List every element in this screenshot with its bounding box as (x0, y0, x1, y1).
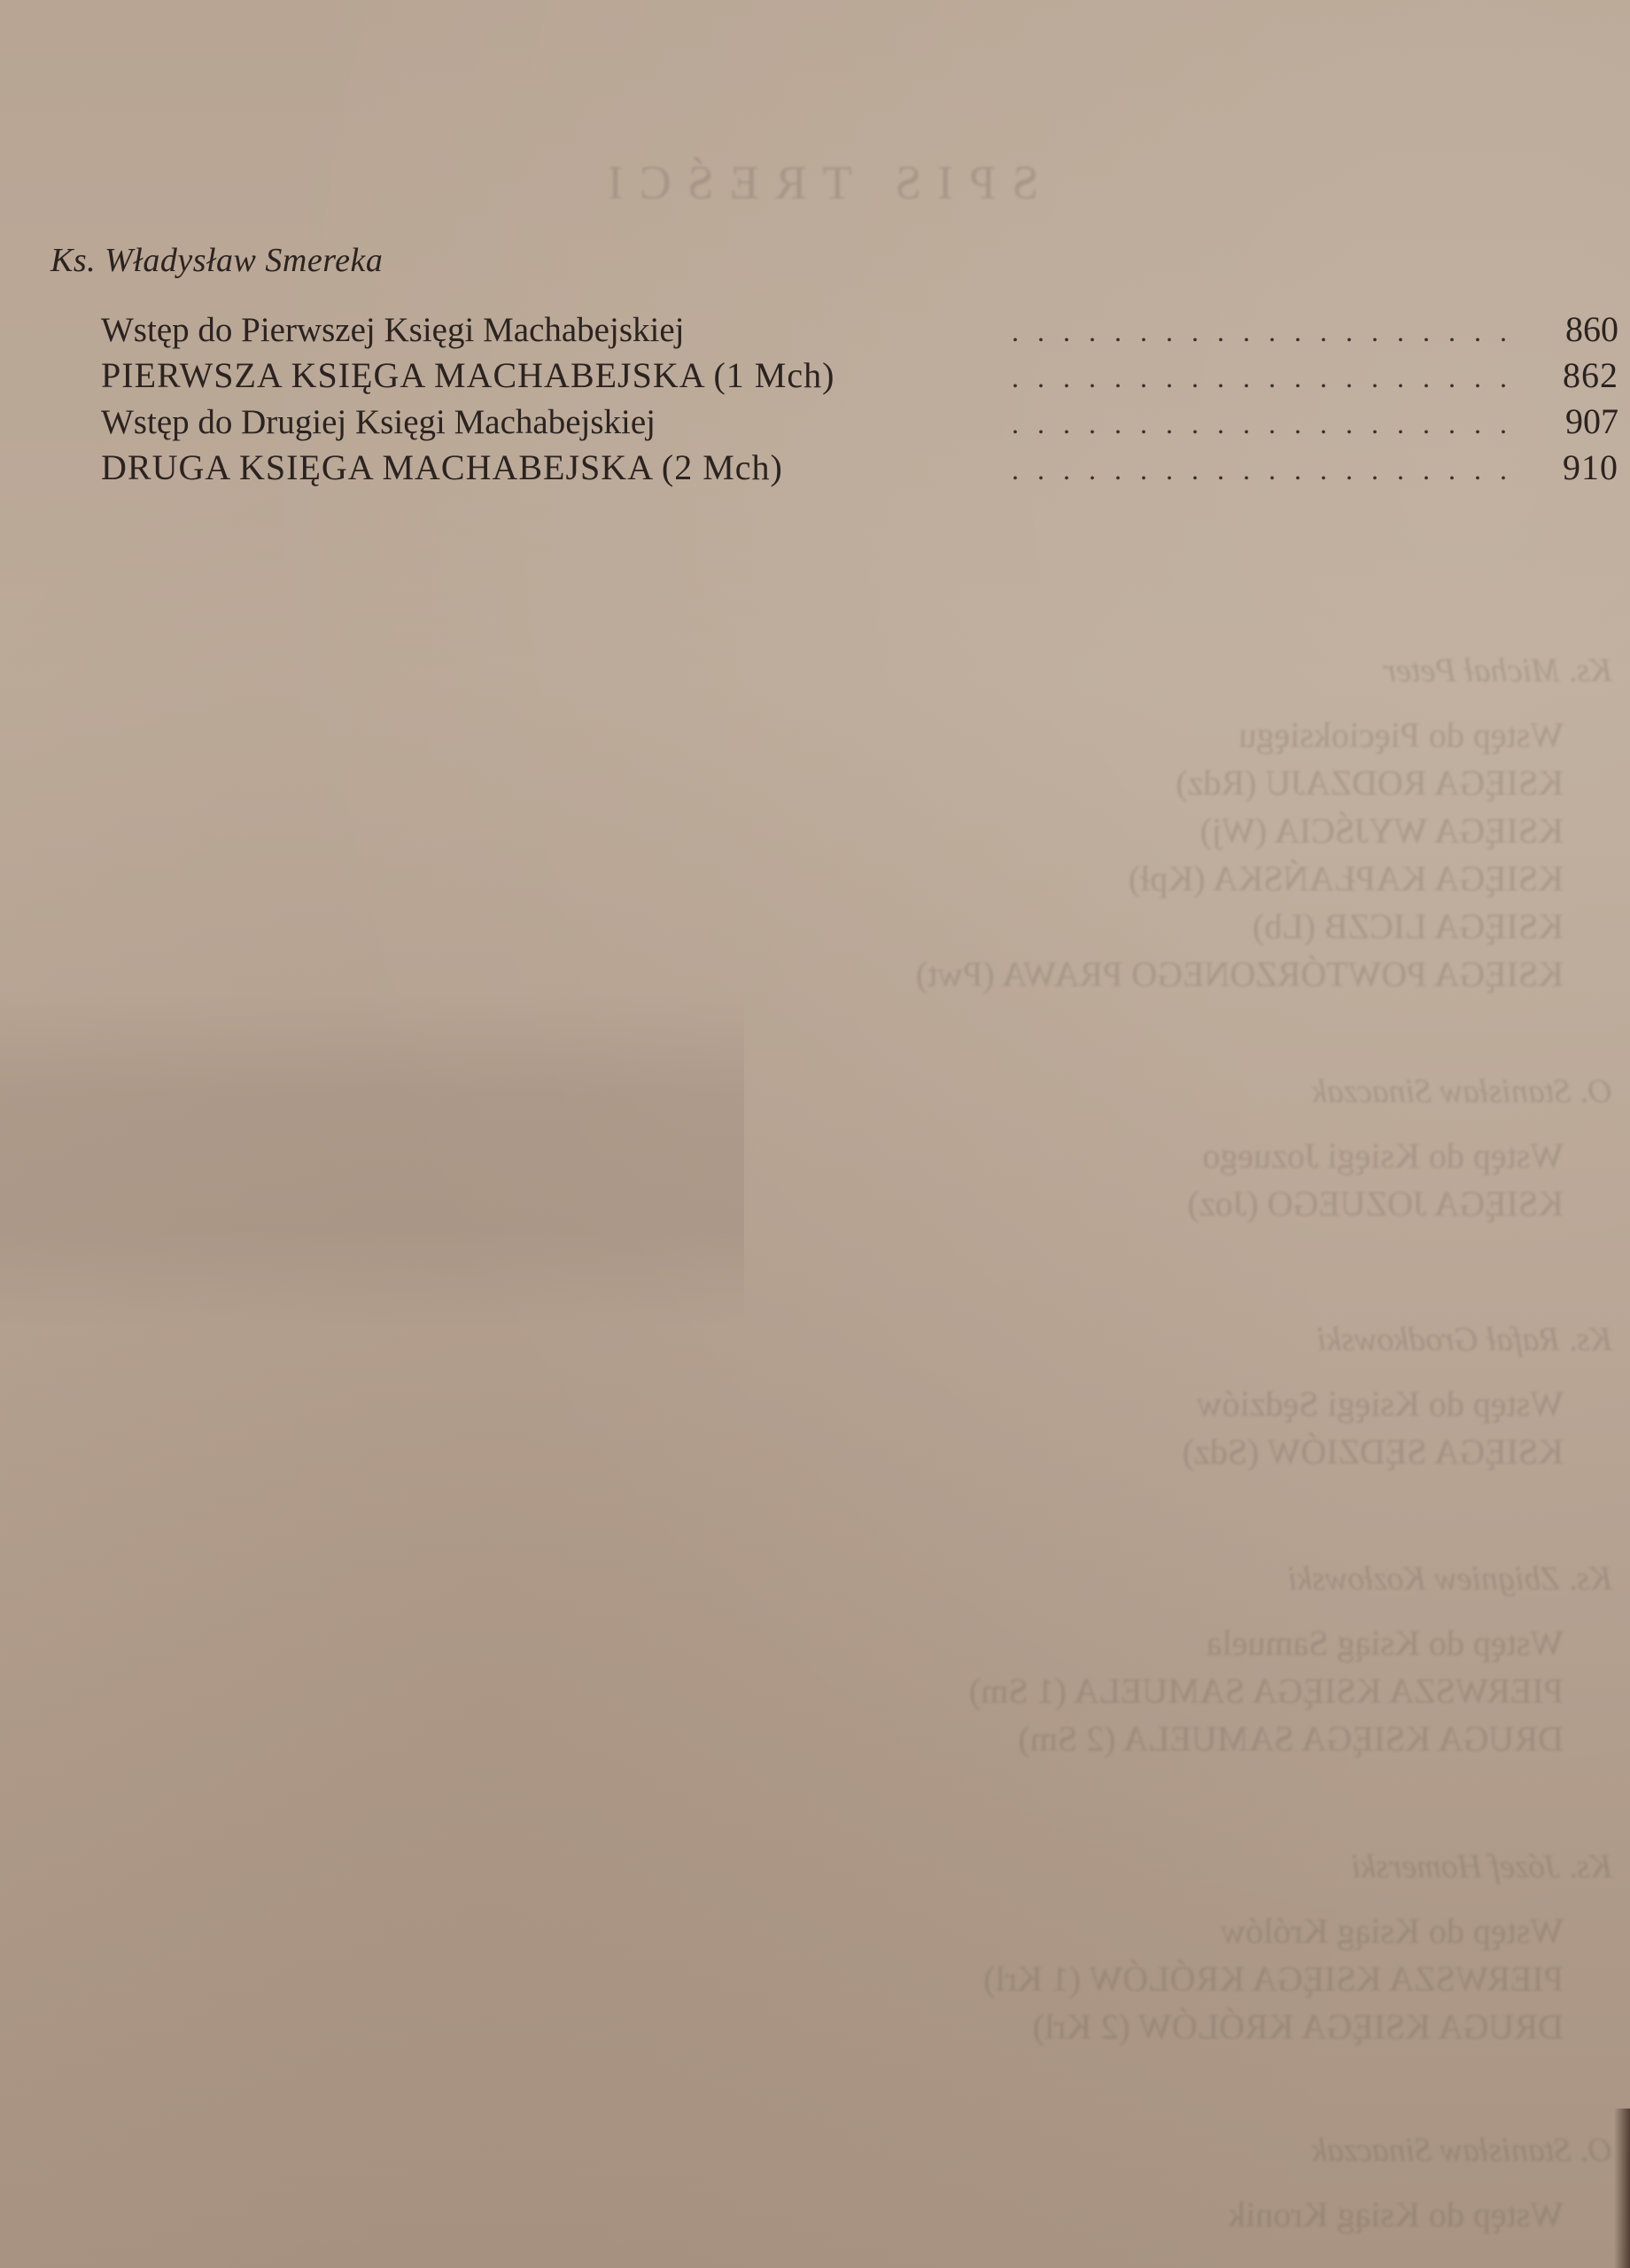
bleed-author: O. Stanisław Sinaczak (18, 2131, 1612, 2170)
bleed-entry: KSIĘGA RODZAJU (Rdz) (18, 759, 1612, 807)
bleed-entry: Wstęp do Księgi Sędziów (18, 1380, 1612, 1428)
bleed-author: Ks. Józef Homerski (18, 1847, 1612, 1886)
book-page: SPIS TREŚCI Ks. Michał Peter Wstęp do Pi… (0, 0, 1630, 2268)
toc-entry-title: Wstęp do Drugiej Księgi Machabejskiej (101, 400, 656, 446)
bleed-entry: KSIĘGA KAPŁAŃSKA (Kpł) (18, 855, 1612, 903)
bleed-group: Ks. Rafał Grodkowski Wstęp do Księgi Sęd… (18, 1320, 1612, 1476)
bleed-entry: KSIĘGA WYJŚCIA (Wj) (18, 807, 1612, 855)
bleed-through-title: SPIS TREŚCI (0, 155, 1630, 210)
bleed-entry: Wstęp do Pięcioksięgu (18, 711, 1612, 759)
page-edge-shadow (1614, 2109, 1630, 2268)
toc-entry: DRUGA KSIĘGA MACHABEJSKA (2 Mch) .......… (50, 445, 1618, 491)
bleed-entry: DRUGA KSIĘGA KRÓLÓW (2 Krl) (18, 2003, 1612, 2051)
bleed-entry: KSIĘGA JOZUEGO (Joz) (18, 1180, 1612, 1228)
toc-entry: Wstęp do Pierwszej Księgi Machabejskiej … (50, 307, 1618, 353)
toc-entry-page: 860 (1534, 307, 1618, 353)
bleed-author: Ks. Rafał Grodkowski (18, 1320, 1612, 1359)
bleed-entry: KSIĘGA LICZB (Lb) (18, 903, 1612, 951)
bleed-entry: Wstęp do Ksiąg Kronik (18, 2191, 1612, 2239)
bleed-group: O. Stanisław Sinaczak Wstęp do Ksiąg Kro… (18, 2131, 1612, 2239)
toc-entry-title: DRUGA KSIĘGA MACHABEJSKA (2 Mch) (101, 445, 783, 491)
bleed-entry: PIERWSZA KSIĘGA SAMUELA (1 Sm) (18, 1667, 1612, 1715)
bleed-author: O. Stanisław Sinaczak (18, 1072, 1612, 1111)
toc-entry-title: Wstęp do Pierwszej Księgi Machabejskiej (101, 307, 685, 353)
toc-entry-page: 862 (1534, 353, 1618, 399)
bleed-entry: Wstęp do Ksiąg Królów (18, 1907, 1612, 1955)
bleed-group: Ks. Józef Homerski Wstęp do Ksiąg Królów… (18, 1847, 1612, 2051)
toc-author: Ks. Władysław Smereka (50, 239, 1618, 282)
bleed-author: Ks. Zbigniew Kozłowski (18, 1559, 1612, 1598)
toc-entry-page: 907 (1534, 399, 1618, 445)
toc-entry: PIERWSZA KSIĘGA MACHABEJSKA (1 Mch) ....… (50, 353, 1618, 399)
toc-entry: Wstęp do Drugiej Księgi Machabejskiej ..… (50, 399, 1618, 445)
bleed-entry: KSIĘGA POWTÓRZONEGO PRAWA (Pwt) (18, 951, 1612, 998)
bleed-entry: PIERWSZA KSIĘGA KRÓLÓW (1 Krl) (18, 1955, 1612, 2003)
photo-shadow (0, 992, 744, 1329)
bleed-group: O. Stanisław Sinaczak Wstęp do Księgi Jo… (18, 1072, 1612, 1228)
dot-leader: .................... (804, 447, 1525, 493)
bleed-entry: KSIĘGA SĘDZIÓW (Sdz) (18, 1428, 1612, 1476)
dot-leader: .................... (677, 400, 1525, 447)
dot-leader: .................... (706, 308, 1526, 354)
bleed-group: Ks. Michał Peter Wstęp do Pięcioksięgu K… (18, 651, 1612, 998)
bleed-entry: Wstęp do Księgi Jozuego (18, 1132, 1612, 1180)
bleed-group: Ks. Zbigniew Kozłowski Wstęp do Ksiąg Sa… (18, 1559, 1612, 1763)
dot-leader: .................... (856, 354, 1525, 400)
bleed-entry: DRUGA KSIĘGA SAMUELA (2 Sm) (18, 1715, 1612, 1763)
table-of-contents: Ks. Władysław Smereka Wstęp do Pierwszej… (50, 239, 1618, 491)
toc-entry-page: 910 (1534, 445, 1618, 491)
toc-entry-title: PIERWSZA KSIĘGA MACHABEJSKA (1 Mch) (101, 353, 834, 399)
bleed-author: Ks. Michał Peter (18, 651, 1612, 690)
bleed-entry: Wstęp do Ksiąg Samuela (18, 1619, 1612, 1667)
